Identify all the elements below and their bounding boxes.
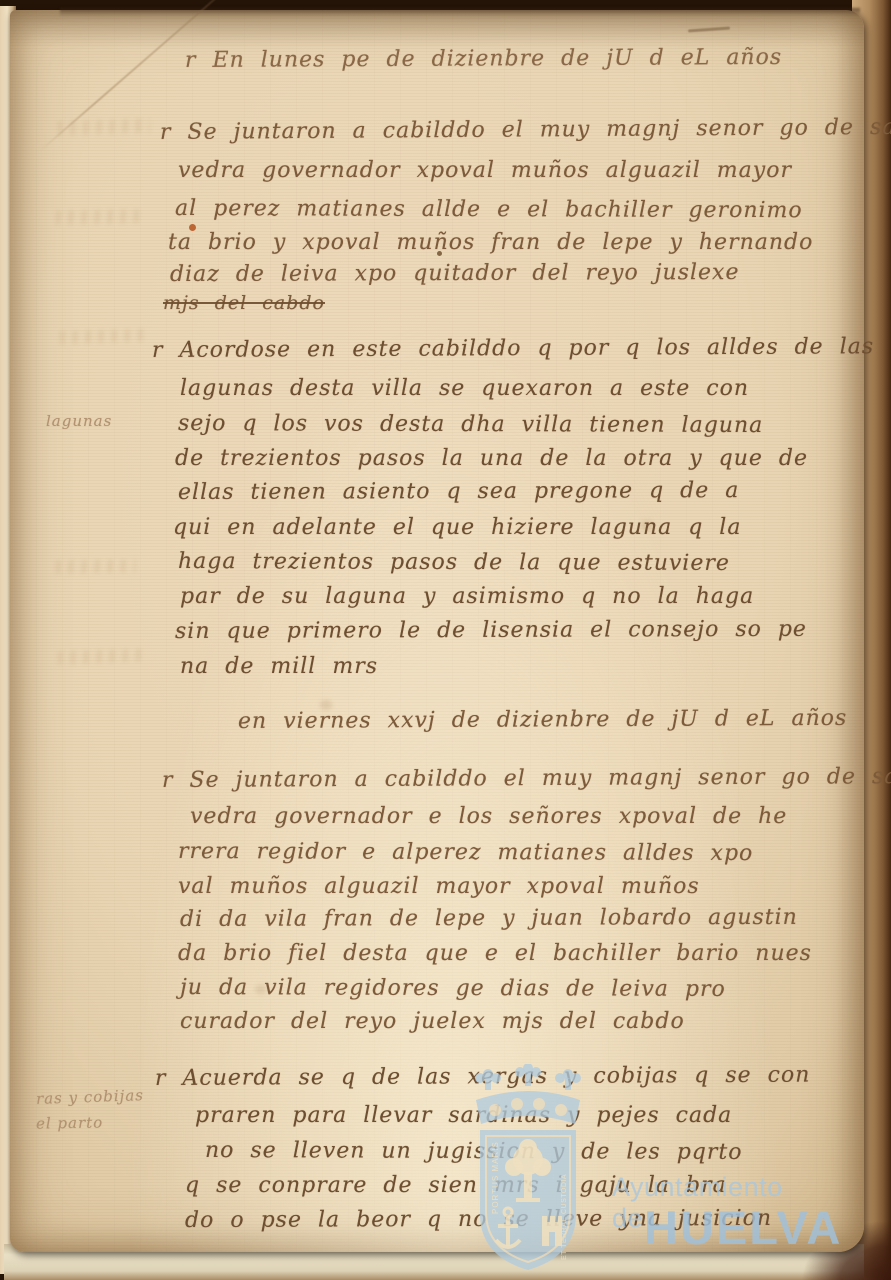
manuscript-line: ju da vila regidores ge dias de leiva pr… — [180, 977, 726, 1001]
manuscript-line: de trezientos pasos la una de la otra y … — [175, 448, 808, 470]
manuscript-line: ellas tienen asiento q sea pregone q de … — [178, 480, 739, 504]
manuscript-line: da brio fiel desta que e el bachiller ba… — [178, 943, 812, 965]
manuscript-scan: r En lunes pe de dizienbre de jU d eL añ… — [0, 0, 891, 1280]
manuscript-line: lagunas desta villa se quexaron a este c… — [180, 378, 749, 400]
manuscript-line: r Se juntaron a cabilddo el muy magnj se… — [160, 117, 891, 144]
manuscript-line: di da vila fran de lepe y juan lobardo a… — [180, 907, 798, 931]
manuscript-line: rrera regidor e alperez matianes alldes … — [178, 841, 753, 865]
manuscript-line: ta brio y xpoval muños fran de lepe y he… — [168, 232, 813, 254]
manuscript-line: vedra governador e los señores xpoval de… — [190, 806, 787, 828]
manuscript-line: par de su laguna y asimismo q no la haga — [180, 586, 754, 608]
margin-note-parto: el parto — [36, 1113, 104, 1132]
manuscript-line: mjs del cabdo — [163, 294, 325, 313]
margin-note-lagunas: lagunas — [46, 412, 112, 430]
manuscript-line: sejo q los vos desta dha villa tienen la… — [178, 413, 763, 437]
manuscript-line: haga trezientos pasos de la que estuvier… — [178, 551, 730, 575]
manuscript-line: diaz de leiva xpo quitador del reyo jusl… — [170, 262, 740, 286]
manuscript-line: al perez matianes allde e el bachiller g… — [175, 198, 803, 222]
heading-line: r En lunes pe de dizienbre de jU d eL añ… — [185, 47, 782, 72]
date-line: en viernes xxvj de dizienbre de jU d eL … — [238, 708, 847, 733]
manuscript-line: vedra governador xpoval muños alguazil m… — [178, 160, 792, 182]
manuscript-line: r Se juntaron a cabilddo el muy magnj se… — [162, 766, 891, 792]
manuscript-line: sin que primero le de lisensia el consej… — [175, 619, 807, 643]
manuscript-line: qui en adelante el que hiziere laguna q … — [173, 517, 741, 539]
watermark-motto-left: PORTUS MARIS — [491, 1141, 500, 1214]
manuscript-line: r Acordose en este cabilddo q por q los … — [152, 336, 874, 362]
archive-watermark: PORTUS MARIS ET TERRAE CUSTODIA Ayuntami… — [468, 1060, 818, 1272]
watermark-motto-right: ET TERRAE CUSTODIA — [561, 1174, 568, 1260]
watermark-city-text: HUELVA — [644, 1200, 842, 1255]
huelva-coat-of-arms-icon: PORTUS MARIS ET TERRAE CUSTODIA — [468, 1064, 588, 1274]
margin-note-cobijas: ras y cobijas — [36, 1086, 145, 1108]
manuscript-line: curador del reyo juelex mjs del cabdo — [180, 1011, 685, 1033]
manuscript-line: na de mill mrs — [180, 656, 378, 678]
manuscript-line: val muños alguazil mayor xpoval muños — [178, 876, 700, 898]
